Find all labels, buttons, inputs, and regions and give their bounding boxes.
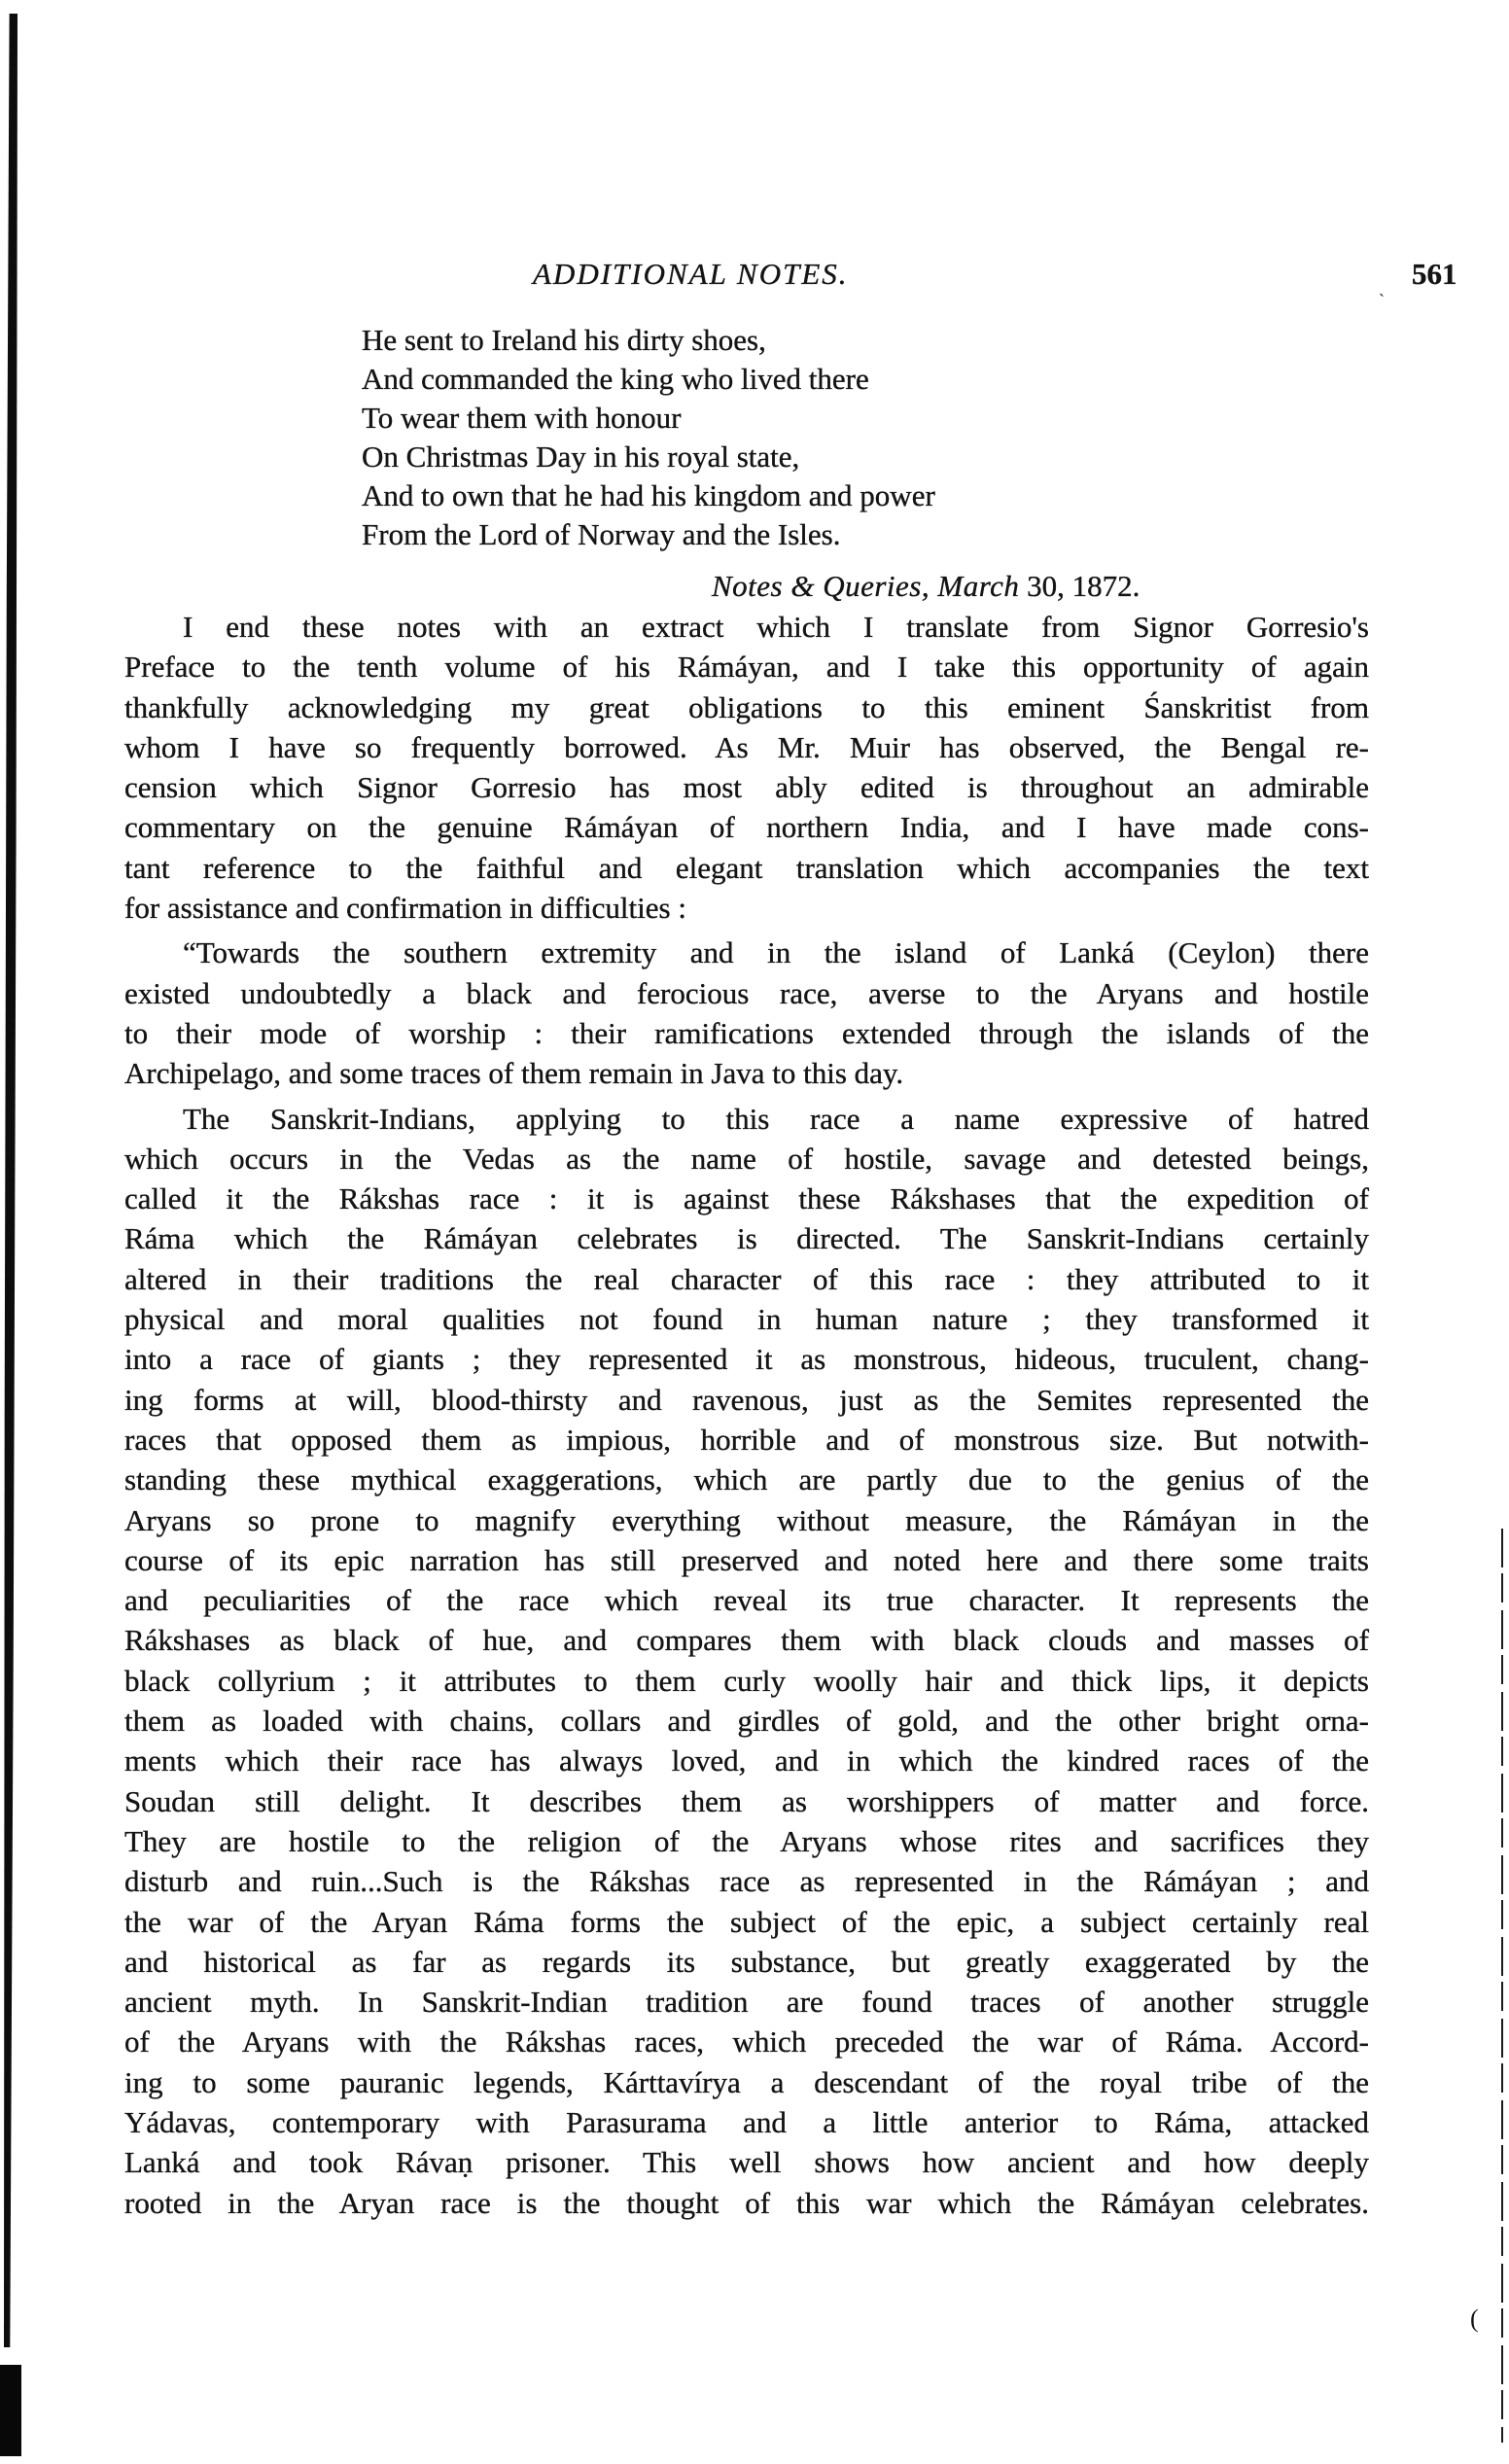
poem-line: To wear them with honour <box>362 399 935 438</box>
scan-edge-left-block <box>0 2365 21 2456</box>
poem-citation: Notes & Queries, March 30, 1872. <box>712 567 1140 606</box>
poem-line: On Christmas Day in his royal state, <box>362 438 935 476</box>
text-line: The Sanskrit-Indians, applying to this r… <box>124 1099 1369 1139</box>
text-line: ments which their race has always loved,… <box>124 1741 1369 1780</box>
text-line: commentary on the genuine Rámáyan of nor… <box>124 807 1369 847</box>
text-line: Ráma which the Rámáyan celebrates is dir… <box>124 1218 1369 1258</box>
text-line: “Towards the southern extremity and in t… <box>124 933 1369 972</box>
text-line: rooted in the Aryan race is the thought … <box>124 2183 1369 2223</box>
text-line: them as loaded with chains, collars and … <box>124 1701 1369 1741</box>
text-line: existed undoubtedly a black and ferociou… <box>124 973 1369 1013</box>
scanned-book-page: ˋ ( ADDITIONAL NOTES. 561 He sent to Ire… <box>0 0 1509 2464</box>
text-line: races that opposed them as impious, horr… <box>124 1420 1369 1460</box>
text-line: Archipelago, and some traces of them rem… <box>124 1053 1369 1093</box>
paragraph-rakshas: The Sanskrit-Indians, applying to this r… <box>124 1099 1369 2223</box>
text-line: Yádavas, contemporary with Parasurama an… <box>124 2102 1369 2142</box>
text-line: thankfully acknowledging my great obliga… <box>124 687 1369 727</box>
text-line: Aryans so prone to magnify everything wi… <box>124 1500 1369 1540</box>
text-line: cension which Signor Gorresio has most a… <box>124 767 1369 807</box>
poem-line: And to own that he had his kingdom and p… <box>362 476 935 515</box>
poem-line: And commanded the king who lived there <box>362 360 935 399</box>
scan-edge-left <box>4 14 18 2347</box>
text-line: Preface to the tenth volume of his Rámáy… <box>124 647 1369 686</box>
text-line: physical and moral qualities not found i… <box>124 1299 1369 1339</box>
text-line: and historical as far as regards its sub… <box>124 1942 1369 1982</box>
text-line: to their mode of worship : their ramific… <box>124 1013 1369 1053</box>
scan-speck: ˋ <box>1379 292 1385 309</box>
text-line: black collyrium ; it attributes to them … <box>124 1661 1369 1701</box>
text-line: altered in their traditions the real cha… <box>124 1259 1369 1299</box>
citation-date: 30, 1872. <box>1019 569 1140 603</box>
page-number: 561 <box>1412 255 1457 294</box>
text-line: course of its epic narration has still p… <box>124 1540 1369 1580</box>
text-line: ancient myth. In Sanskrit-Indian traditi… <box>124 1982 1369 2022</box>
body-text: I end these notes with an extract which … <box>124 607 1369 2223</box>
text-line: called it the Rákshas race : it is again… <box>124 1179 1369 1218</box>
text-line: the war of the Aryan Ráma forms the subj… <box>124 1902 1369 1942</box>
running-head-title: ADDITIONAL NOTES. <box>533 255 849 294</box>
text-line: which occurs in the Vedas as the name of… <box>124 1139 1369 1179</box>
text-line: and peculiarities of the race which reve… <box>124 1580 1369 1620</box>
text-line: Rákshases as black of hue, and compares … <box>124 1620 1369 1660</box>
paragraph-quote: “Towards the southern extremity and in t… <box>124 933 1369 1093</box>
scan-speck: ( <box>1470 2310 1479 2328</box>
text-line: standing these mythical exaggerations, w… <box>124 1460 1369 1499</box>
paragraph-intro: I end these notes with an extract which … <box>124 607 1369 928</box>
poem-stanza: He sent to Ireland his dirty shoes, And … <box>362 321 935 554</box>
text-line: They are hostile to the religion of the … <box>124 1821 1369 1861</box>
poem-line: He sent to Ireland his dirty shoes, <box>362 321 935 360</box>
text-line: into a race of giants ; they represented… <box>124 1339 1369 1379</box>
text-line: ing to some pauranic legends, Kárttavíry… <box>124 2062 1369 2102</box>
text-line: tant reference to the faithful and elega… <box>124 848 1369 888</box>
poem-line: From the Lord of Norway and the Isles. <box>362 515 935 554</box>
text-line: whom I have so frequently borrowed. As M… <box>124 727 1369 767</box>
citation-source: Notes & Queries, March <box>712 569 1019 603</box>
scan-edge-right <box>1501 1529 1503 2443</box>
text-line: of the Aryans with the Rákshas races, wh… <box>124 2022 1369 2061</box>
running-head: ADDITIONAL NOTES. 561 <box>0 255 1509 294</box>
text-line: ing forms at will, blood-thirsty and rav… <box>124 1380 1369 1420</box>
text-line: Soudan still delight. It describes them … <box>124 1781 1369 1821</box>
text-line: for assistance and confirmation in diffi… <box>124 888 1369 928</box>
text-line: Lanká and took Rávaṇ prisoner. This well… <box>124 2142 1369 2182</box>
text-line: I end these notes with an extract which … <box>124 607 1369 647</box>
text-line: disturb and ruin...Such is the Rákshas r… <box>124 1861 1369 1901</box>
